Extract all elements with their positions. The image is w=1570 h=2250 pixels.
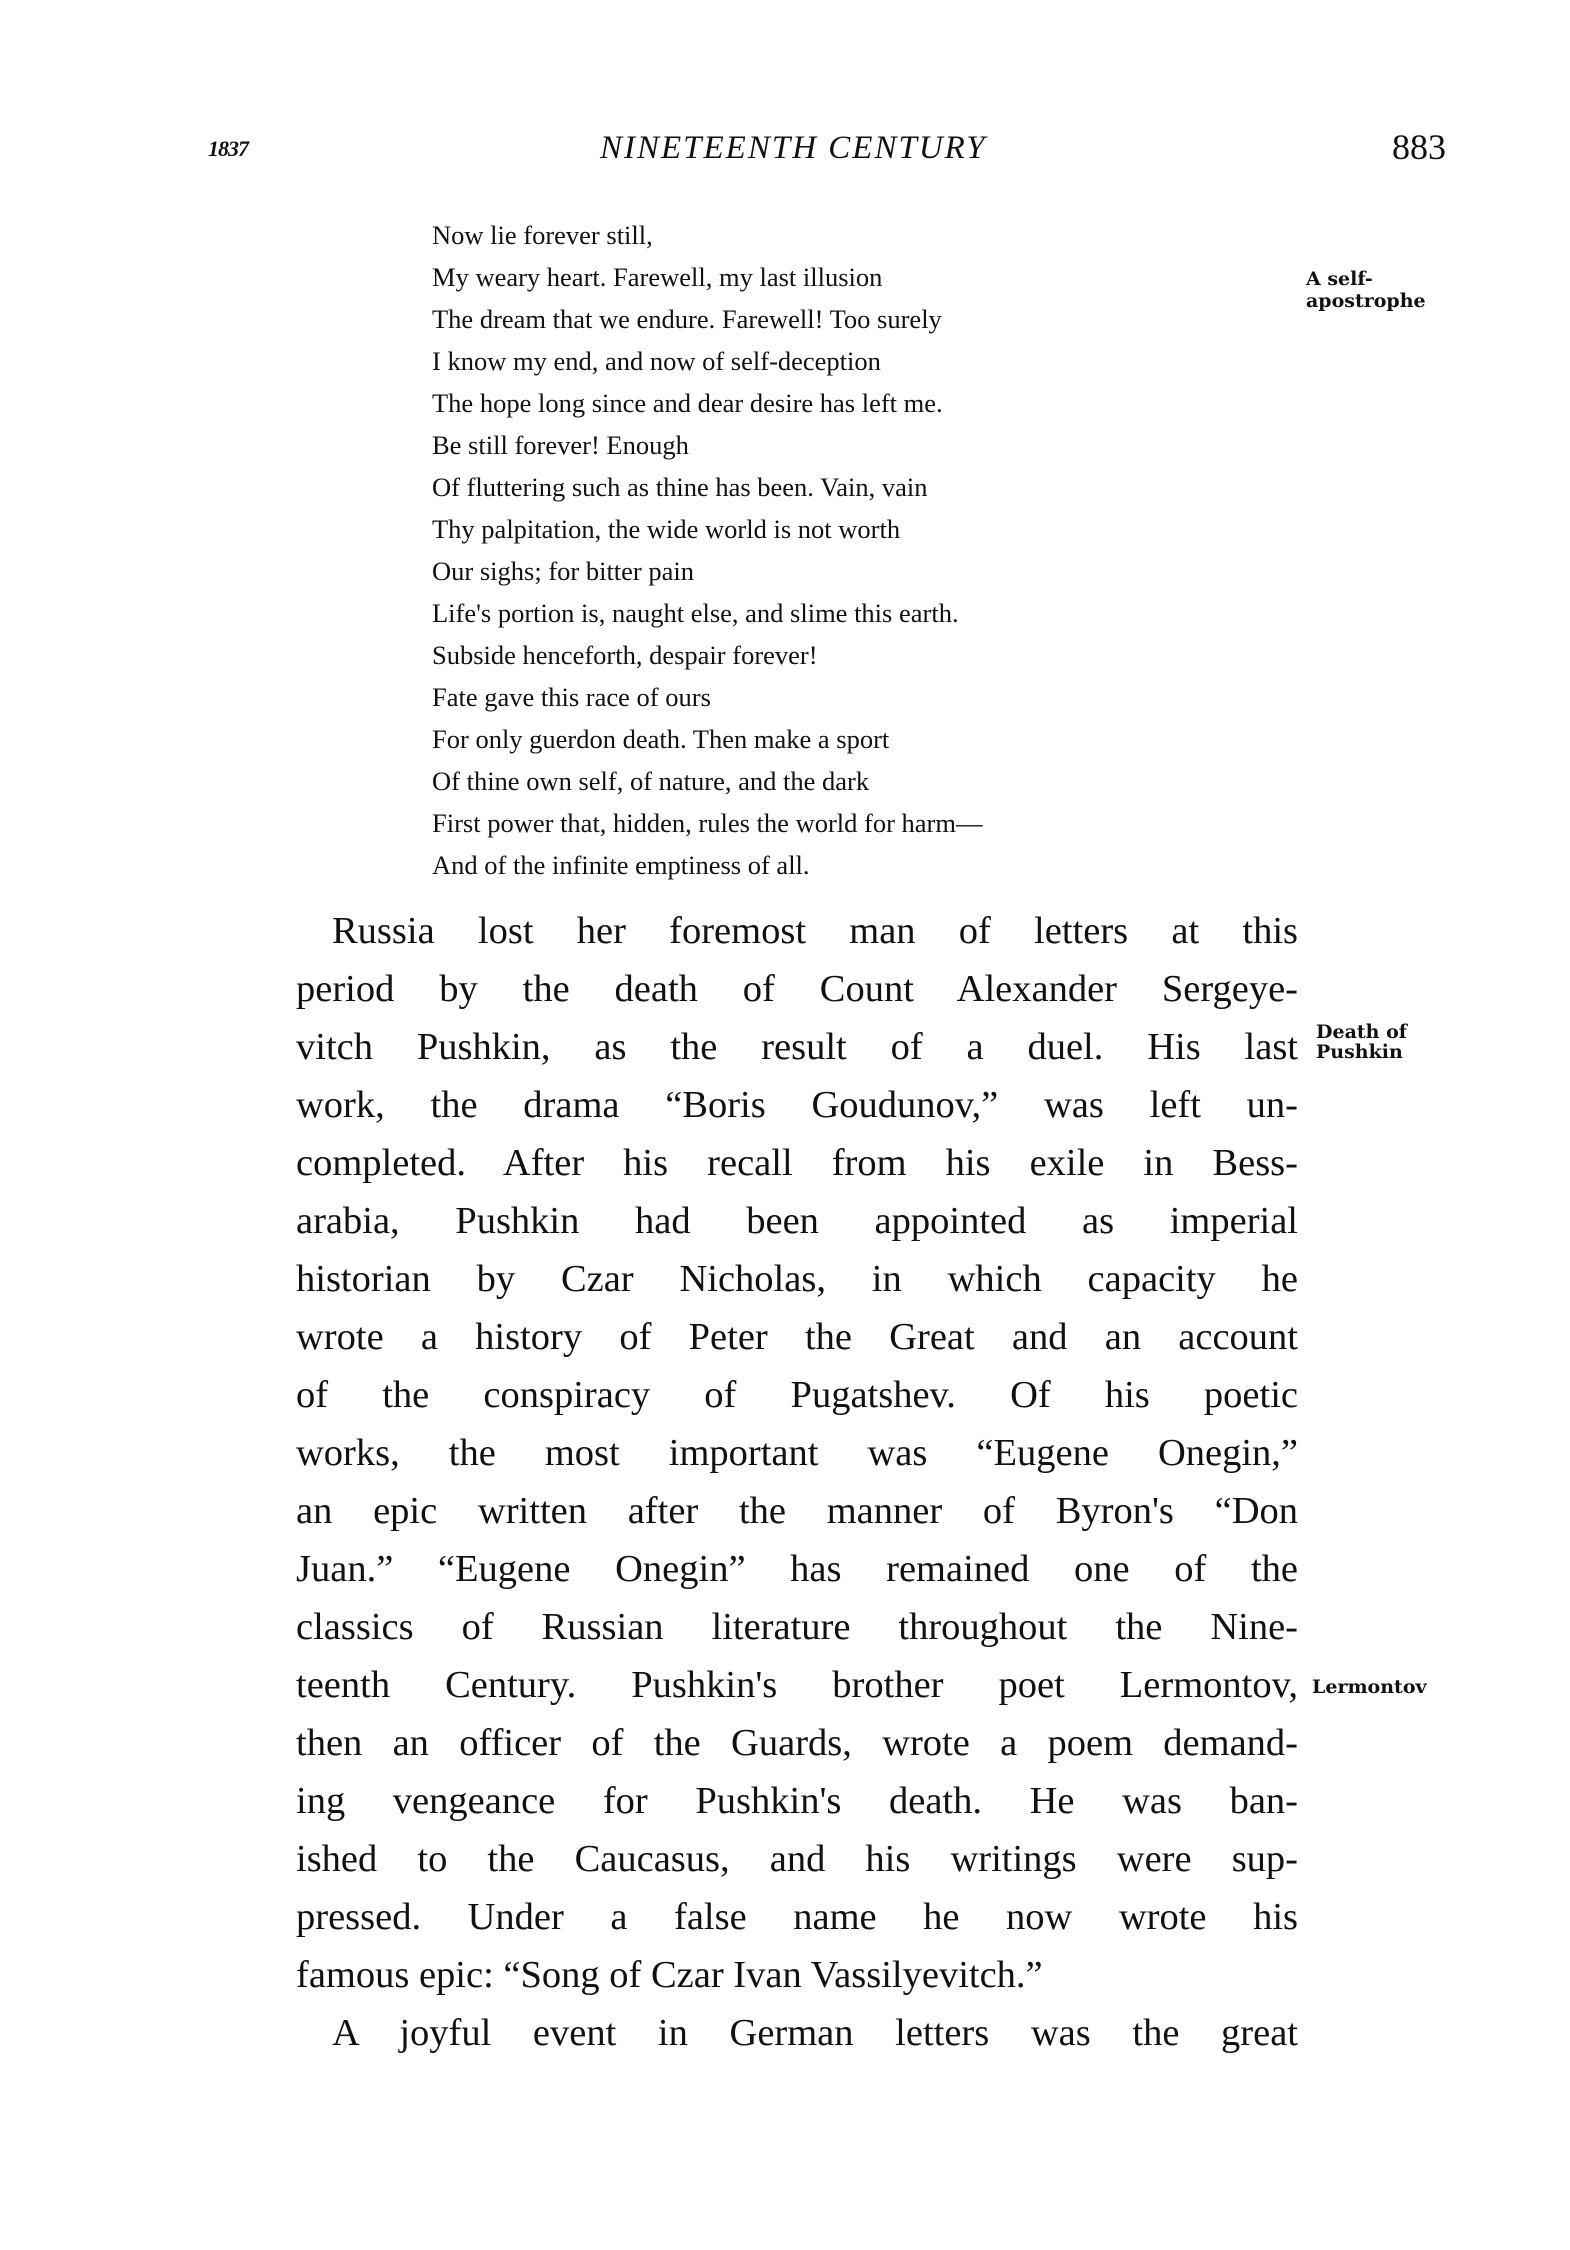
sidenote-self-apostrophe: A self- apostrophe <box>1306 268 1426 312</box>
sidenote-line: Pushkin <box>1316 1042 1407 1062</box>
poem-line: The hope long since and dear desire has … <box>432 382 983 424</box>
poem-line: And of the infinite emptiness of all. <box>432 844 983 886</box>
poem-line: My weary heart. Farewell, my last illusi… <box>432 256 983 298</box>
body-text: Russia lost her foremost man of letters … <box>296 902 1298 2062</box>
poem-line: The dream that we endure. Farewell! Too … <box>432 298 983 340</box>
text-line: pressed. Under a false name he now wrote… <box>296 1888 1298 1946</box>
text-line: works, the most important was “Eugene On… <box>296 1424 1298 1482</box>
poem-block: Now lie forever still, My weary heart. F… <box>432 214 983 886</box>
sidenote-lermontov: Lermontov <box>1312 1676 1427 1698</box>
text-line: wrote a history of Peter the Great and a… <box>296 1308 1298 1366</box>
sidenote-line: Death of <box>1316 1022 1407 1042</box>
poem-line: Now lie forever still, <box>432 214 983 256</box>
text-line: arabia, Pushkin had been appointed as im… <box>296 1192 1298 1250</box>
running-header-year: 1837 <box>208 136 248 162</box>
text-line: A joyful event in German letters was the… <box>296 2004 1298 2062</box>
text-line: teenth Century. Pushkin's brother poet L… <box>296 1656 1298 1714</box>
sidenote-line: A self- <box>1306 268 1426 290</box>
poem-line: Of fluttering such as thine has been. Va… <box>432 466 983 508</box>
text-line: classics of Russian literature throughou… <box>296 1598 1298 1656</box>
poem-line: Our sighs; for bitter pain <box>432 550 983 592</box>
poem-line: Thy palpitation, the wide world is not w… <box>432 508 983 550</box>
text-line: period by the death of Count Alexander S… <box>296 960 1298 1018</box>
text-line: ished to the Caucasus, and his writings … <box>296 1830 1298 1888</box>
poem-line: Life's portion is, naught else, and slim… <box>432 592 983 634</box>
text-line: ing vengeance for Pushkin's death. He wa… <box>296 1772 1298 1830</box>
poem-line: Of thine own self, of nature, and the da… <box>432 760 983 802</box>
book-page: 1837 NINETEENTH CENTURY 883 Now lie fore… <box>0 0 1570 2250</box>
sidenote-death-of-pushkin: Death of Pushkin <box>1316 1022 1407 1062</box>
text-line: Russia lost her foremost man of letters … <box>296 902 1298 960</box>
text-line: work, the drama “Boris Goudunov,” was le… <box>296 1076 1298 1134</box>
poem-line: I know my end, and now of self-deception <box>432 340 983 382</box>
running-header-title: NINETEENTH CENTURY <box>600 130 987 167</box>
text-line: of the conspiracy of Pugatshev. Of his p… <box>296 1366 1298 1424</box>
text-line: an epic written after the manner of Byro… <box>296 1482 1298 1540</box>
text-line: famous epic: “Song of Czar Ivan Vassilye… <box>296 1946 1298 2004</box>
poem-line: First power that, hidden, rules the worl… <box>432 802 983 844</box>
text-line: historian by Czar Nicholas, in which cap… <box>296 1250 1298 1308</box>
text-line: then an officer of the Guards, wrote a p… <box>296 1714 1298 1772</box>
poem-line: Subside henceforth, despair forever! <box>432 634 983 676</box>
text-line: completed. After his recall from his exi… <box>296 1134 1298 1192</box>
page-number: 883 <box>1392 126 1446 168</box>
poem-line: Fate gave this race of ours <box>432 676 983 718</box>
text-line: vitch Pushkin, as the result of a duel. … <box>296 1018 1298 1076</box>
text-line: Juan.” “Eugene Onegin” has remained one … <box>296 1540 1298 1598</box>
poem-line: For only guerdon death. Then make a spor… <box>432 718 983 760</box>
sidenote-line: apostrophe <box>1306 290 1426 312</box>
poem-line: Be still forever! Enough <box>432 424 983 466</box>
